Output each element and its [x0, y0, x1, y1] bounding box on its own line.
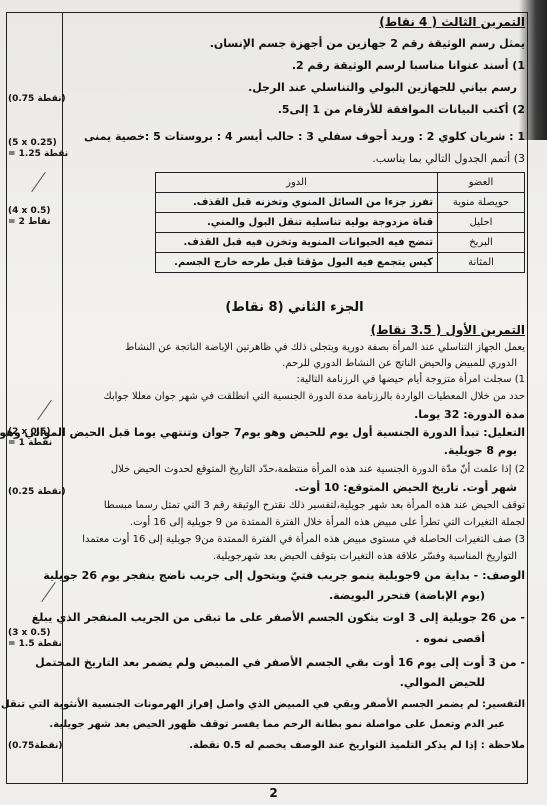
header-organ: العضو [438, 173, 525, 193]
table-row: البربخ تنضج فيه الحيوانات المنوية وتخزن … [156, 233, 525, 253]
exercise1-q1-b: حدد من خلال المعطيات الواردة بالرزنامة م… [103, 389, 525, 405]
organ-cell: البربخ [438, 233, 525, 253]
organ-cell: احليل [438, 213, 525, 233]
exercise3-a1: رسم بياني للجهازين البولي والتناسلي عند … [248, 80, 517, 96]
role-cell: قناة مزدوجة بولية تناسلية تنقل البول وال… [156, 213, 438, 233]
part2-title: الجزء الثاني (8 نقاط) [64, 300, 525, 316]
exercise1-desc-3: - من 26 جويلية إلى 3 اوت يتكون الجسم الأ… [32, 610, 525, 626]
exercise1-q2-1: 2) إذا علمت أنّ مدّة الدورة الجنسية عند … [111, 462, 525, 478]
exercise1-desc-1: الوصف: - بداية من 9جويلية ينمو جريب فتيّ… [43, 568, 525, 584]
exercise1-title: التمرين الأول ( 3.5 نقاط) [371, 322, 525, 338]
exercise1-desc-5: - من 3 أوت إلى يوم 16 أوت بقي الجسم الأص… [35, 655, 525, 671]
exercise1-a1-justification-1: التعليل: تبدأ الدورة الجنسية أول يوم للح… [0, 425, 525, 441]
mark-explanation: (0.75نقطة) [8, 741, 62, 752]
mark-labels-q2: (5 x 0.25) = 1.25 نقطة [8, 138, 62, 160]
exercise1-context-1: توقف الحيض عند هذه المرأة بعد شهر جويلية… [104, 498, 525, 514]
page-number: 2 [0, 786, 547, 800]
role-cell: تنضج فيه الحيوانات المنوية وتخزن فيه قبل… [156, 233, 438, 253]
role-cell: تفرز جزءا من السائل المنوي وتخزنه قبل ال… [156, 193, 438, 213]
mark-table-q3: (4 x 0.5) = 2 نقاط [8, 206, 62, 228]
exercise1-q3-2: التواريخ المناسبة وفسّر علاقة هذه التغير… [213, 549, 517, 565]
exercise1-explanation-2: عبر الدم وتعمل على مواصلة نمو بطانة الرح… [49, 717, 505, 733]
exercise1-desc-6: للحيض الموالي. [400, 675, 485, 691]
exercise3-q1: 1) أسند عنوانا مناسبا لرسم الوثيقة رقم 2… [292, 58, 525, 74]
header-role: الدور [156, 173, 438, 193]
exercise1-q2-2: شهر أوت. تاريخ الحيض المتوقع: 10 أوت. [294, 480, 517, 496]
mark-desc-q3: (3 x 0.5) = 1.5 نقطة [8, 628, 62, 650]
exercise1-q1: 1) سجلت امرأة متزوجة أيام حيضها في الرزن… [297, 372, 525, 388]
exercise1-note: ملاحظة : إذا لم يذكر التلميذ التواريخ عن… [189, 738, 525, 754]
role-cell: كيس يتجمع فيه البول مؤقتا قبل طرحه خارج … [156, 253, 438, 273]
exercise1-desc-2: (يوم الإباضة) فتحرر البويضة. [329, 588, 485, 604]
document-page: (0.75 نقطة) (5 x 0.25) = 1.25 نقطة (4 x … [0, 0, 547, 805]
exercise1-intro-2: الدوري للمبيض والحيض الناتج عن النشاط ال… [282, 356, 517, 372]
table-row: المثانة كيس يتجمع فيه البول مؤقتا قبل طر… [156, 253, 525, 273]
table-header-row: العضو الدور [156, 173, 525, 193]
exercise1-desc-4: أقصى نموه . [415, 631, 485, 647]
exercise1-q3-1: 3) صف التغيرات الحاصلة في مستوى مبيض هذه… [82, 532, 525, 548]
exercise1-a1: مدة الدورة: 32 يوما. [414, 407, 525, 423]
organ-cell: المثانة [438, 253, 525, 273]
table-row: حويصلة منوية تفرز جزءا من السائل المنوي … [156, 193, 525, 213]
exercise1-explanation-1: التفسير: لم يضمر الجسم الأصفر وبقي في ال… [1, 697, 525, 713]
mark-title-q1: (0.75 نقطة) [8, 94, 62, 105]
exercise3-q3: 3) أتمم الجدول التالي بما يناسب. [372, 151, 525, 167]
mark-date-q2: (0.25 نقطة) [8, 487, 62, 498]
exercise3-a2: 1 : شريان كلوي 2 : وريد أجوف سفلي 3 : حا… [84, 129, 525, 145]
exercise1-intro-1: يعمل الجهاز التناسلي عند المرأة بصفة دور… [125, 340, 525, 356]
table-row: احليل قناة مزدوجة بولية تناسلية تنقل الب… [156, 213, 525, 233]
exercise1-context-2: لجملة التغيرات التي تطرأ على مبيض هذه ال… [130, 515, 525, 531]
exercise3-q2: 2) أكتب البيانات الموافقة للأرقام من 1 إ… [278, 102, 525, 118]
organ-role-table: العضو الدور حويصلة منوية تفرز جزءا من ال… [155, 172, 525, 273]
exercise1-a1-justification-2: يوم 8 جويلية. [444, 443, 517, 459]
exercise3-title: التمرين الثالث ( 4 نقاط) [379, 14, 525, 30]
exercise3-intro: يمثل رسم الوثيقة رقم 2 جهازين من أجهزة ج… [210, 36, 525, 52]
organ-cell: حويصلة منوية [438, 193, 525, 213]
